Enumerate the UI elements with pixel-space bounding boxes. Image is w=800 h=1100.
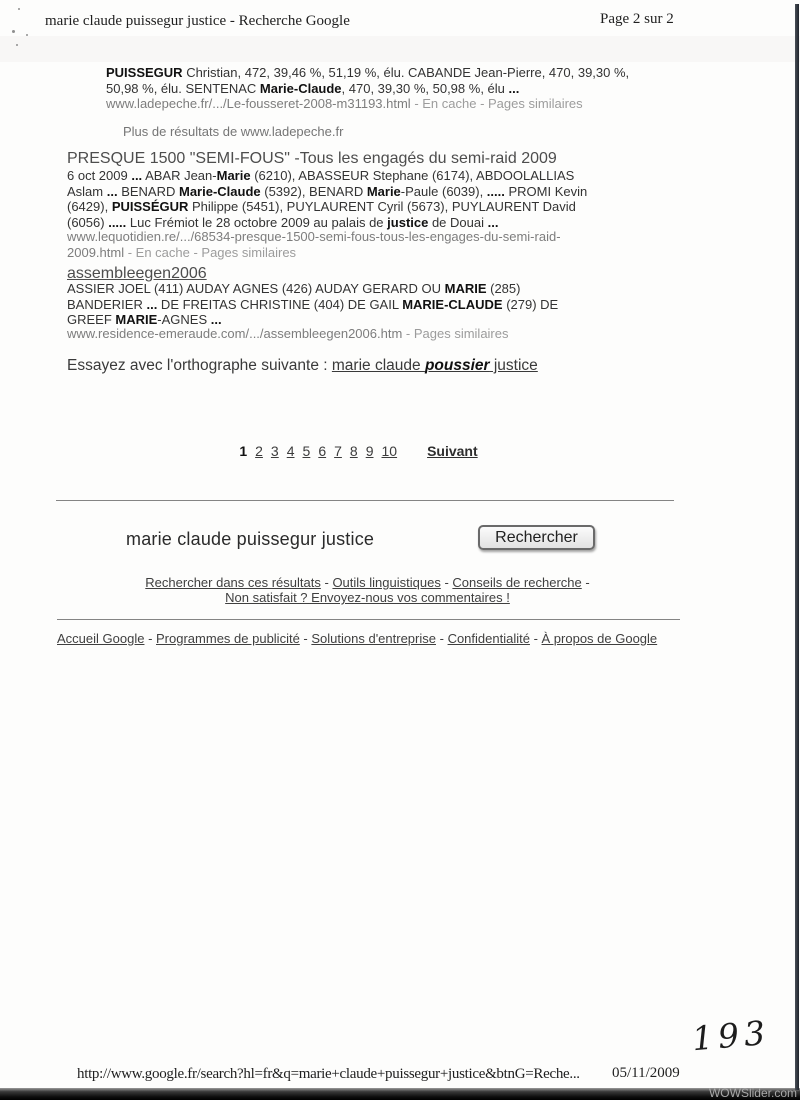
print-footer-url: http://www.google.fr/search?hl=fr&q=mari… [77,1066,580,1083]
link-separator: - [144,631,156,646]
google-home-link[interactable]: Accueil Google [57,631,144,646]
search-links-row: Rechercher dans ces résultats - Outils l… [60,575,675,590]
page-number-link[interactable]: 6 [318,443,326,459]
link-separator: - [582,575,590,590]
search-query-input[interactable]: marie claude puissegur justice [126,529,374,550]
scan-speck [18,8,20,10]
scanned-page: marie claude puissegur justice - Recherc… [0,0,800,1100]
scan-edge-bottom [0,1088,800,1100]
divider [56,500,674,501]
page-number-link[interactable]: 3 [271,443,279,459]
scan-speck [16,44,18,46]
print-header-title: marie claude puissegur justice - Recherc… [45,13,350,30]
result-url: www.lequotidien.re/.../68534-presque-150… [67,229,561,260]
page-number-link[interactable]: 7 [334,443,342,459]
more-results-link[interactable]: Plus de résultats de www.ladepeche.fr [123,124,343,140]
result-url-line: www.lequotidien.re/.../68534-presque-150… [67,229,561,245]
link-separator: - [300,631,312,646]
result-url-line: 2009.html - En cache - Pages similaires [67,245,561,261]
link-separator: - [530,631,542,646]
page-number-link[interactable]: 10 [382,443,398,459]
result-body: 6 oct 2009 ... ABAR Jean-Marie (6210), A… [67,168,587,230]
scan-speck [26,34,28,36]
privacy-link[interactable]: Confidentialité [448,631,530,646]
page-number-link[interactable]: 2 [255,443,263,459]
page-number-link[interactable]: 5 [303,443,311,459]
result-url: www.residence-emeraude.com/.../assemblee… [67,326,509,342]
language-tools-link[interactable]: Outils linguistiques [332,575,440,590]
search-within-results-link[interactable]: Rechercher dans ces résultats [145,575,321,590]
about-google-link[interactable]: À propos de Google [542,631,658,646]
advertising-link[interactable]: Programmes de publicité [156,631,300,646]
spell-suggestion: Essayez avec l'orthographe suivante : ma… [67,357,538,375]
handwritten-page-number: 193 [690,1013,771,1059]
current-page-indicator: 1 [239,443,247,459]
result-body-line: Aslam ... BENARD Marie-Claude (5392), BE… [67,184,587,200]
business-solutions-link[interactable]: Solutions d'entreprise [311,631,436,646]
result-snippet-line: PUISSEGUR Christian, 472, 39,46 %, 51,19… [106,65,629,81]
scan-speck [12,30,15,33]
result-body-line: BANDERIER ... DE FREITAS CHRISTINE (404)… [67,297,558,313]
search-button[interactable]: Rechercher [478,525,595,550]
feedback-link[interactable]: Non satisfait ? Envoyez-nous vos comment… [225,590,510,605]
spell-suggestion-link[interactable]: marie claude poussier justice [332,357,538,374]
result-continuation: PUISSEGUR Christian, 472, 39,46 %, 51,19… [106,65,629,112]
link-separator: - [321,575,333,590]
scan-watermark: WOWSlider.com [709,1086,797,1100]
print-footer-date: 05/11/2009 [612,1065,680,1082]
result-title[interactable]: PRESQUE 1500 "SEMI-FOUS" -Tous les engag… [67,150,557,168]
link-separator: - [436,631,448,646]
result-url: www.ladepeche.fr/.../Le-fousseret-2008-m… [106,96,629,112]
print-page-info: Page 2 sur 2 [600,11,674,28]
pagination: 12345678910Suivant [60,443,675,461]
result-body: ASSIER JOEL (411) AUDAY AGNES (426) AUDA… [67,281,558,328]
result-body-line: (6056) ..... Luc Frémiot le 28 octobre 2… [67,215,587,231]
page-number-link[interactable]: 4 [287,443,295,459]
search-tips-link[interactable]: Conseils de recherche [452,575,581,590]
next-page-link[interactable]: Suivant [427,443,478,459]
result-body-line: (6429), PUISSÉGUR Philippe (5451), PUYLA… [67,199,587,215]
divider [57,619,680,620]
search-links-row: Non satisfait ? Envoyez-nous vos comment… [60,590,675,605]
page-number-link[interactable]: 9 [366,443,374,459]
result-body-line: 6 oct 2009 ... ABAR Jean-Marie (6210), A… [67,168,587,184]
link-separator: - [441,575,453,590]
result-snippet-line: 50,98 %, élu. SENTENAC Marie-Claude, 470… [106,81,629,97]
scan-shading [0,36,800,62]
result-body-line: ASSIER JOEL (411) AUDAY AGNES (426) AUDA… [67,281,558,297]
spell-suggestion-label: Essayez avec l'orthographe suivante : [67,357,332,374]
scan-edge-right [795,4,799,1090]
page-number-link[interactable]: 8 [350,443,358,459]
google-footer: Accueil Google - Programmes de publicité… [57,631,657,646]
